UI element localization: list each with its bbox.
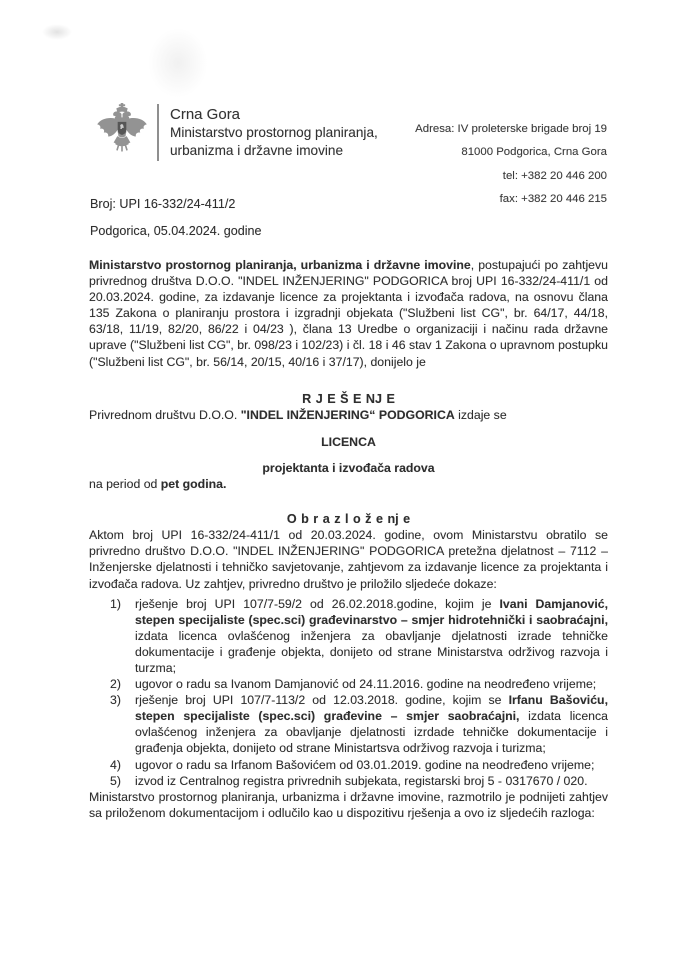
list-marker: 2) (110, 676, 135, 692)
evidence-prefix: ugovor o radu sa Irfanom Bašovićem od 03… (135, 758, 594, 772)
evidence-item: 5) izvod iz Centralnog registra privredn… (89, 773, 608, 789)
montenegro-coat-of-arms-icon (95, 102, 149, 169)
evidence-prefix: rješenje broj UPI 107/7-113/2 od 12.03.2… (135, 693, 509, 707)
explanation-closing-paragraph: Ministarstvo prostornog planiranja, urba… (89, 789, 608, 821)
evidence-prefix: izvod iz Centralnog registra privrednih … (135, 774, 588, 788)
ministry-name-line-1: Ministarstvo prostornog planiranja, (170, 124, 378, 142)
licence-word: LICENCA (89, 434, 608, 450)
evidence-prefix: ugovor o radu sa Ivanom Damjanović od 24… (135, 677, 596, 691)
evidence-item: 1) rješenje broj UPI 107/7-59/2 od 26.02… (89, 596, 608, 676)
ministry-name-block: Crna Gora Ministarstvo prostornog planir… (170, 102, 378, 159)
scan-smudge (42, 24, 72, 40)
grant-line: Privrednom društvu D.O.O. "INDEL INŽENJE… (89, 407, 608, 423)
address-block: Adresa: IV proleterske brigade broj 19 8… (415, 102, 607, 212)
list-marker: 1) (110, 596, 135, 676)
evidence-prefix: rješenje broj UPI 107/7-59/2 od 26.02.20… (135, 597, 499, 611)
licence-type: projektanta i izvođača radova (89, 460, 608, 476)
period-prefix: na period od (89, 477, 161, 491)
document-meta: Broj: UPI 16-332/24-411/2 Podgorica, 05.… (90, 196, 262, 239)
evidence-item: 3) rješenje broj UPI 107/7-113/2 od 12.0… (89, 692, 608, 756)
list-marker: 3) (110, 692, 135, 756)
evidence-item: 4) ugovor o radu sa Irfanom Bašovićem od… (89, 757, 608, 773)
list-marker: 4) (110, 757, 135, 773)
document-body: Ministarstvo prostornog planiranja, urba… (89, 257, 608, 821)
ministry-name-line-2: urbanizma i državne imovine (170, 142, 378, 160)
evidence-text: ugovor o radu sa Ivanom Damjanović od 24… (135, 676, 608, 692)
address-line: Adresa: IV proleterske brigade broj 19 (415, 118, 607, 141)
document-page: Crna Gora Ministarstvo prostornog planir… (0, 0, 679, 960)
country-name: Crna Gora (170, 105, 378, 124)
evidence-item: 2) ugovor o radu sa Ivanom Damjanović od… (89, 676, 608, 692)
place-and-date: Podgorica, 05.04.2024. godine (90, 223, 262, 239)
grant-prefix: Privrednom društvu D.O.O. (89, 408, 241, 422)
intro-paragraph: Ministarstvo prostornog planiranja, urba… (89, 257, 608, 370)
evidence-suffix: izdata licenca ovlašćenog inženjera za o… (135, 629, 608, 675)
phone-line: tel: +382 20 446 200 (415, 165, 607, 188)
scan-smudge (148, 28, 208, 98)
resolution-heading: R J E Š E NJ E (89, 391, 608, 407)
period-duration: pet godina. (161, 477, 227, 491)
evidence-text: rješenje broj UPI 107/7-113/2 od 12.03.2… (135, 692, 608, 756)
intro-text-segment: , postupajući po zahtjevu privrednog dru… (89, 258, 608, 369)
explanation-heading: O b r a z l o ž e nj e (89, 511, 608, 527)
explanation-opening-paragraph: Aktom broj UPI 16-332/24-411/1 od 20.03.… (89, 527, 608, 591)
evidence-list: 1) rješenje broj UPI 107/7-59/2 od 26.02… (89, 596, 608, 789)
evidence-text: ugovor o radu sa Irfanom Bašovićem od 03… (135, 757, 608, 773)
grant-suffix: izdaje se (455, 408, 507, 422)
address-line: 81000 Podgorica, Crna Gora (415, 141, 607, 164)
evidence-text: rješenje broj UPI 107/7-59/2 od 26.02.20… (135, 596, 608, 676)
company-name: "INDEL INŽENJERING“ PODGORICA (241, 408, 455, 422)
letterhead-divider (157, 104, 159, 161)
reference-number: Broj: UPI 16-332/24-411/2 (90, 196, 262, 212)
intro-bold-segment: Ministarstvo prostornog planiranja, urba… (89, 258, 471, 272)
licence-period-line: na period od pet godina. (89, 476, 608, 492)
list-marker: 5) (110, 773, 135, 789)
letterhead-left: Crna Gora Ministarstvo prostornog planir… (95, 102, 378, 169)
evidence-text: izvod iz Centralnog registra privrednih … (135, 773, 608, 789)
fax-line: fax: +382 20 446 215 (415, 188, 607, 211)
